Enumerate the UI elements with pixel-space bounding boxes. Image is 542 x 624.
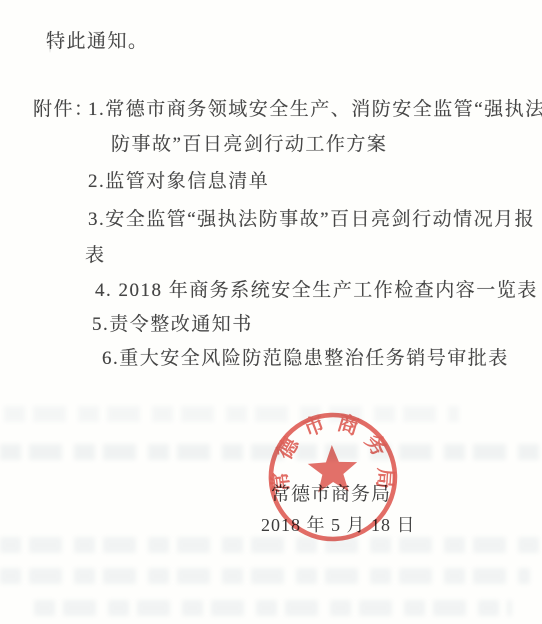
- star-icon: [307, 444, 358, 493]
- attachment-line: 6.重大安全风险防范隐患整治任务销号审批表: [102, 349, 509, 368]
- official-seal: 常德市商务局: [249, 401, 416, 557]
- attachment-line: 1.常德市商务领域安全生产、消防安全监管“强执法: [88, 100, 542, 119]
- attachment-line: 表: [85, 246, 106, 265]
- attachment-line: 5.责令整改通知书: [92, 315, 253, 334]
- attachment-line: 2.监管对象信息清单: [88, 172, 269, 191]
- bleed-through-line: [0, 568, 530, 584]
- closing-line: 特此通知。: [46, 32, 149, 51]
- document-page: † 特此通知。 附件： 1.常德市商务领域安全生产、消防安全监管“强执法 防事故…: [0, 0, 542, 624]
- attachments-label: 附件：: [33, 100, 95, 119]
- attachment-line: 3.安全监管“强执法防事故”百日亮剑行动情况月报: [88, 210, 535, 229]
- attachment-line: 4. 2018 年商务系统安全生产工作检查内容一览表: [95, 281, 538, 300]
- bleed-through-line: [34, 600, 512, 616]
- attachment-line: 防事故”百日亮剑行动工作方案: [111, 135, 387, 154]
